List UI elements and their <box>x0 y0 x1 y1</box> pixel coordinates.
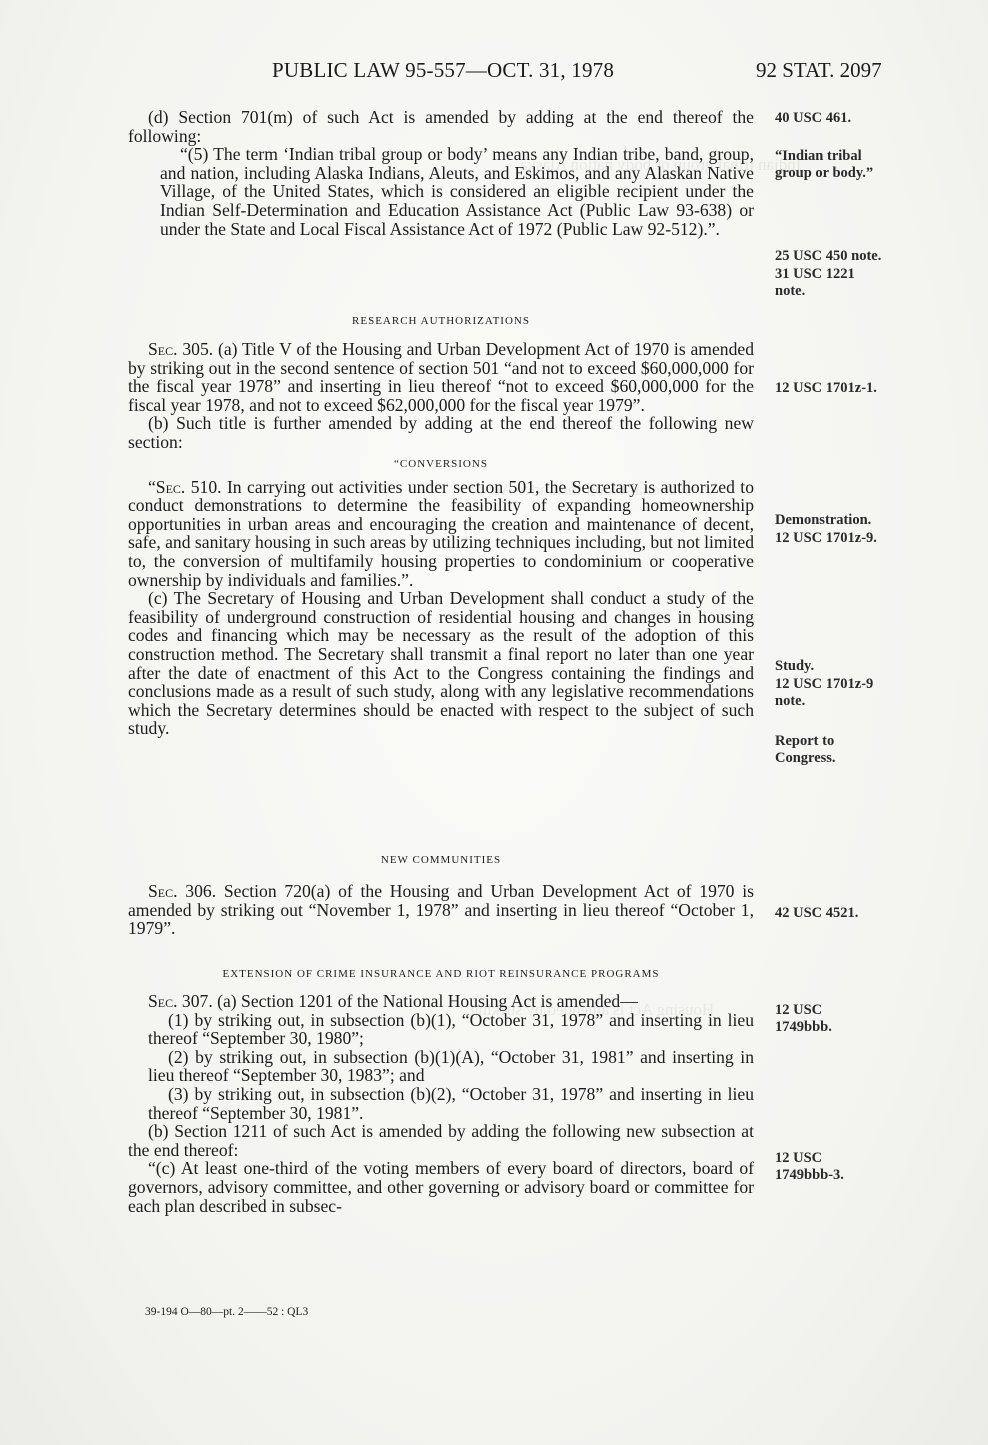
heading-crime-insurance: EXTENSION OF CRIME INSURANCE AND RIOT RE… <box>128 968 754 980</box>
subsection-d-quote: “(5) The term ‘Indian tribal group or bo… <box>128 145 754 238</box>
margin-note-citation: 42 USC 4521. <box>775 905 858 922</box>
margin-note-citation: 31 USC 1221 note. <box>775 266 870 300</box>
law-title: PUBLIC LAW 95-557—OCT. 31, 1978 <box>272 58 614 83</box>
sec-510: “Sec. 510. In carrying out activities un… <box>128 478 754 590</box>
margin-note-topic: Report to Congress. <box>775 733 855 767</box>
subsection-d: (d) Section 701(m) of such Act is amende… <box>128 108 754 238</box>
sec-307-a-2: (2) by striking out, in subsection (b)(1… <box>128 1048 754 1085</box>
sec-305-a-text: 305. (a) Title V of the Housing and Urba… <box>128 339 754 415</box>
margin-note-citation: 12 USC 1749bbb. <box>775 1002 855 1036</box>
margin-note-definition: “Indian tribal group or body.” <box>775 148 885 182</box>
margin-note-citation: 40 USC 461. <box>775 110 851 127</box>
margin-note-citation: 12 USC 1701z-9. <box>775 530 877 547</box>
sec-label: Sec. <box>148 881 178 901</box>
sec-label: Sec. <box>148 991 178 1011</box>
heading-new-communities: NEW COMMUNITIES <box>128 854 754 866</box>
sec-510-text: 510. In carrying out activities under se… <box>128 477 754 590</box>
statute-page-number: 92 STAT. 2097 <box>756 58 882 83</box>
sec-305-a: Sec. 305. (a) Title V of the Housing and… <box>128 340 754 414</box>
margin-note-topic: Study. <box>775 658 814 675</box>
sec-label: “Sec. <box>148 477 185 497</box>
section-307: EXTENSION OF CRIME INSURANCE AND RIOT RE… <box>128 968 754 1215</box>
sec-305-c: (c) The Secretary of Housing and Urban D… <box>128 589 754 738</box>
margin-note-citation: 12 USC 1701z-9 note. <box>775 676 885 710</box>
sec-label: Sec. <box>148 339 178 359</box>
sec-307-b-quote: “(c) At least one-third of the voting me… <box>128 1159 754 1215</box>
margin-note-topic: Demonstration. <box>775 512 871 529</box>
margin-note-citation: 12 USC 1749bbb-3. <box>775 1150 865 1184</box>
sec-307-a: Sec. 307. (a) Section 1201 of the Nation… <box>128 992 754 1011</box>
sec-307-b: (b) Section 1211 of such Act is amended … <box>128 1122 754 1159</box>
margin-note-citation: 25 USC 450 note. <box>775 248 881 265</box>
section-305: RESEARCH AUTHORIZATIONS Sec. 305. (a) Ti… <box>128 315 754 738</box>
sec-307-a-1: (1) by striking out, in subsection (b)(1… <box>128 1011 754 1048</box>
sec-305-b: (b) Such title is further amended by add… <box>128 414 754 451</box>
page-header: PUBLIC LAW 95-557—OCT. 31, 1978 92 STAT.… <box>0 58 988 88</box>
print-code-footer: 39-194 O—80—pt. 2——52 : QL3 <box>145 1306 308 1318</box>
subsection-d-intro: (d) Section 701(m) of such Act is amende… <box>128 108 754 145</box>
sec-306: Sec. 306. Section 720(a) of the Housing … <box>128 882 754 938</box>
sec-307-a-3: (3) by striking out, in subsection (b)(2… <box>128 1085 754 1122</box>
heading-conversions: “CONVERSIONS <box>128 458 754 470</box>
sec-307-a-text: 307. (a) Section 1201 of the National Ho… <box>178 991 638 1011</box>
document-page: Indian tribal group or body nation Alask… <box>0 0 988 1445</box>
heading-research-authorizations: RESEARCH AUTHORIZATIONS <box>128 315 754 327</box>
section-306: NEW COMMUNITIES Sec. 306. Section 720(a)… <box>128 854 754 938</box>
sec-306-text: 306. Section 720(a) of the Housing and U… <box>128 881 754 938</box>
margin-note-citation: 12 USC 1701z-1. <box>775 380 877 397</box>
